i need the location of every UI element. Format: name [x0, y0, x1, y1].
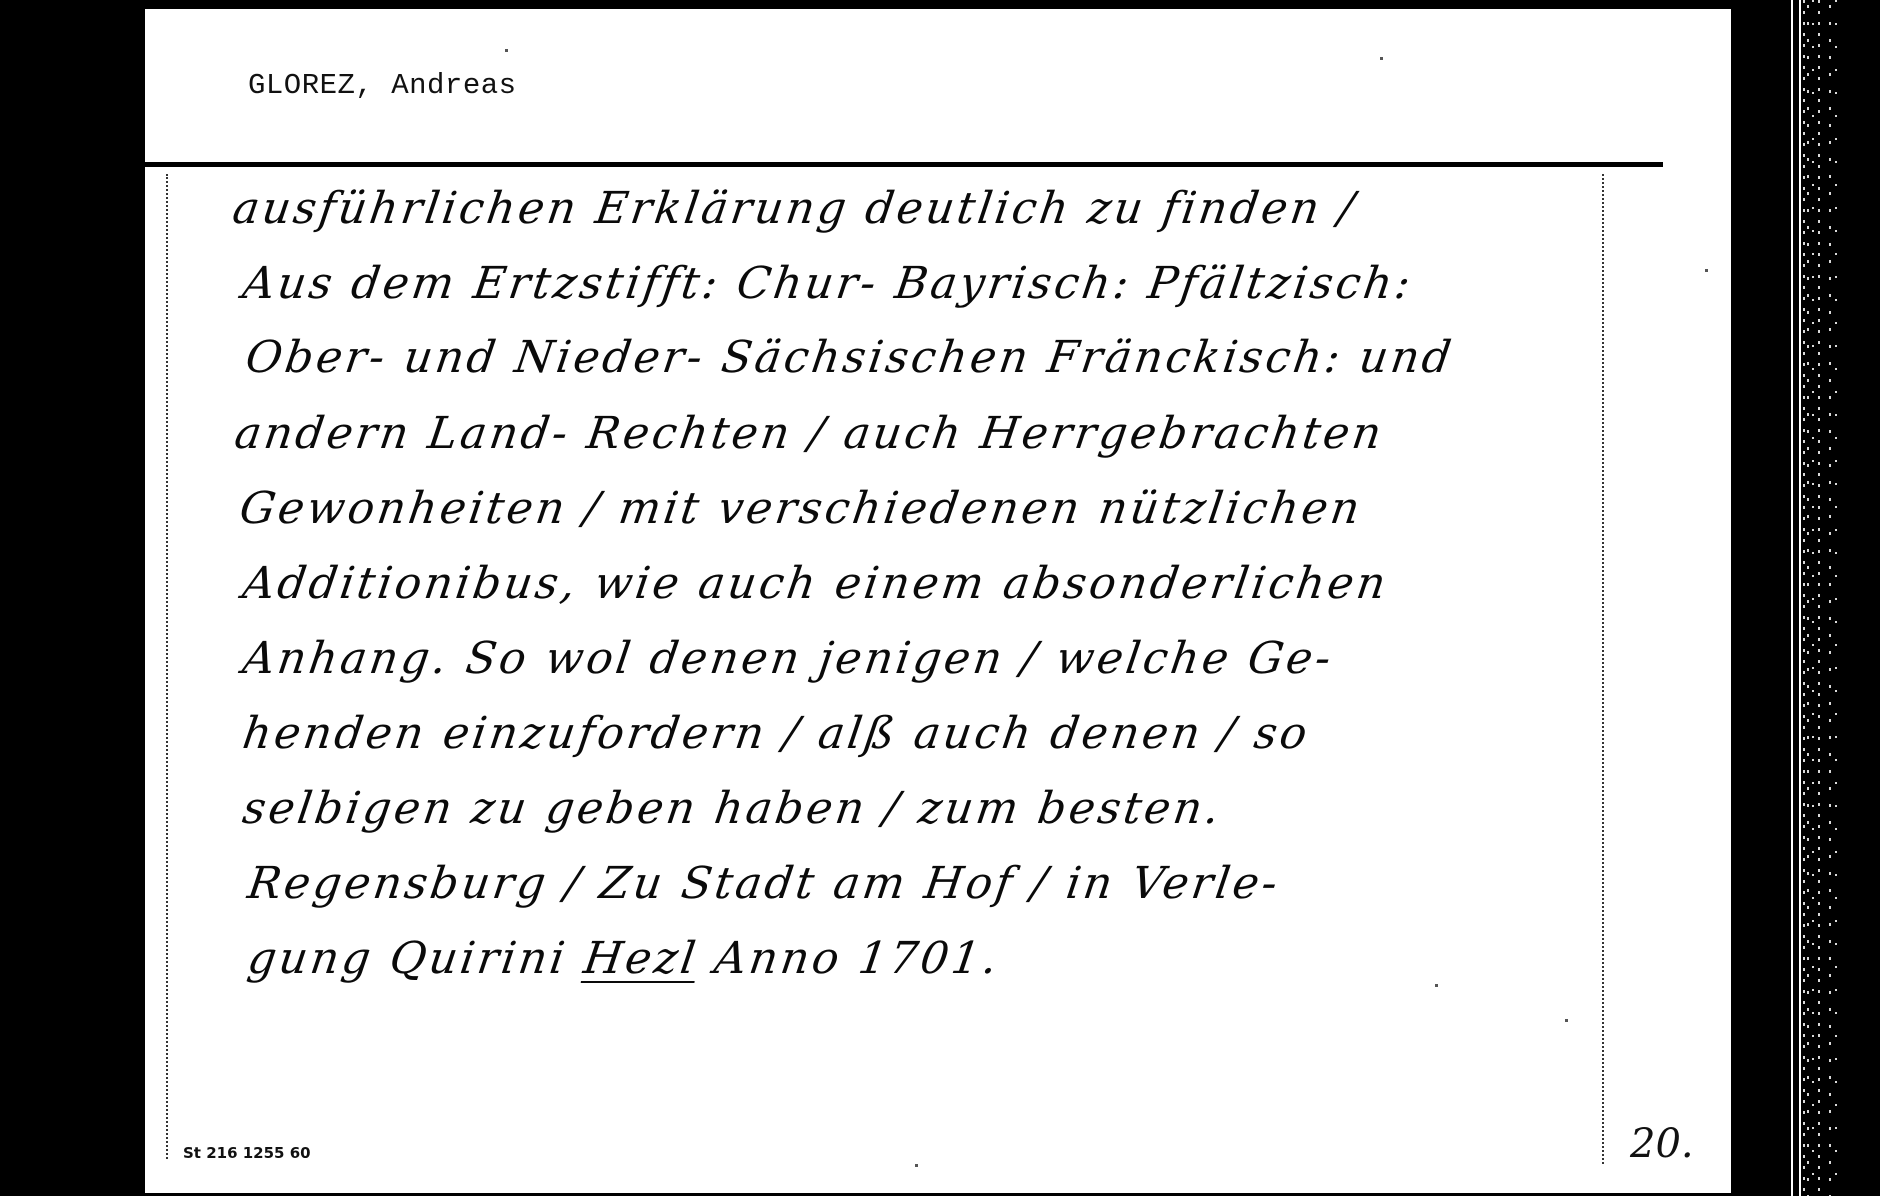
handwritten-line: gung Quirini Hezl Anno 1701.: [245, 937, 1003, 981]
handwritten-page-number: 20.: [1630, 1121, 1694, 1167]
scanner-edge-noise: [1818, 0, 1820, 1196]
scanner-edge-line: [1791, 0, 1793, 1196]
scanner-edge-noise: [1807, 0, 1809, 1196]
handwritten-line: ausführlichen Erklärung deutlich zu find…: [230, 187, 1360, 231]
document-page: GLOREZ, Andreas ausführlichen Erklärung …: [145, 9, 1731, 1193]
handwritten-text-block: ausführlichen Erklärung deutlich zu find…: [145, 9, 1731, 1193]
scanner-edge-noise: [1835, 0, 1837, 1196]
scanner-edge-noise: [1812, 0, 1814, 1196]
handwritten-line: Regensburg / Zu Stadt am Hof / in Verle-: [245, 862, 1283, 906]
handwritten-line: selbigen zu geben haben / zum besten.: [240, 787, 1225, 831]
handwritten-line: Ober- und Nieder- Sächsischen Fränckisch…: [243, 336, 1457, 380]
scanner-edge-noise: [1803, 0, 1805, 1196]
scan-speck: [1435, 984, 1438, 987]
scan-speck: [915, 1164, 918, 1167]
scan-speck: [1705, 269, 1708, 272]
scanner-edge-line: [1799, 0, 1801, 1196]
scan-viewport: GLOREZ, Andreas ausführlichen Erklärung …: [0, 0, 1880, 1196]
underlined-printer-name: Hezl: [581, 933, 702, 984]
handwritten-line: Gewonheiten / mit verschiedenen nützlich…: [237, 487, 1365, 531]
archive-reference-code: St 216 1255 60: [183, 1144, 311, 1162]
handwritten-line: henden einzufordern / alß auch denen / s…: [240, 712, 1313, 756]
scanner-edge-noise: [1829, 0, 1831, 1196]
handwritten-line: Aus dem Ertzstifft: Chur- Bayrisch: Pfäl…: [240, 262, 1416, 306]
line-text-after: Anno 1701.: [694, 933, 1003, 984]
handwritten-line: Anhang. So wol denen jenigen / welche Ge…: [240, 637, 1336, 681]
handwritten-line: andern Land- Rechten / auch Herrgebracht…: [232, 412, 1387, 456]
scanner-edge-strip: [1731, 0, 1880, 1196]
line-text-before: gung Quirini: [245, 933, 588, 984]
handwritten-line: Additionibus, wie auch einem absonderlic…: [240, 562, 1391, 606]
scan-speck: [1565, 1019, 1568, 1022]
scan-speck: [1380, 57, 1383, 60]
scan-speck: [505, 49, 508, 52]
